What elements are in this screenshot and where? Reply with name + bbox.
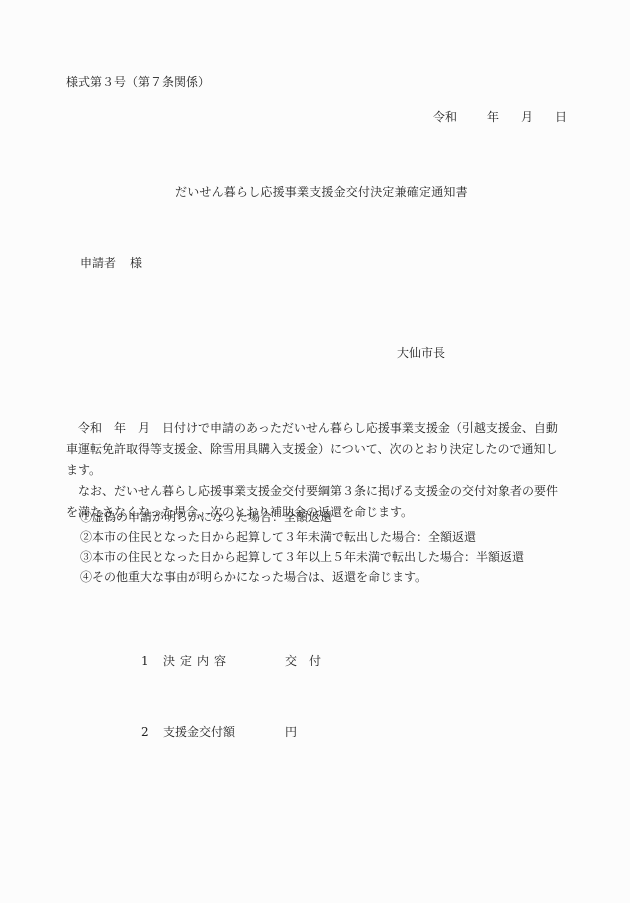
item-label: 支援金交付額 [163,726,285,738]
refund-condition: ③本市の住民となった日から起算して３年以上５年未満で転出した場合：半額返還 [80,547,524,567]
date-month-unit: 月 [521,111,533,123]
document-title: だいせん暮らし応援事業支援金交付決定兼確定通知書 [175,186,468,198]
date-day-unit: 日 [555,111,567,123]
body-paragraph-decision: 令和 年 月 日付けで申請のあっただいせん暮らし応援事業支援金（引越支援金、自動… [66,418,566,481]
addressee-honorific: 様 [130,256,142,270]
addressee-name: 申請者 [80,256,116,270]
amount-item: 2支援金交付額円 [141,726,297,738]
addressee: 申請者様 [80,257,142,269]
item-number: 2 [141,726,163,738]
date-era: 令和 [433,111,457,123]
item-value: 交付 [285,654,333,668]
refund-condition: ④その他重大な事由が明らかになった場合は、返還を命じます。 [80,567,524,587]
issue-date: 令和年月日 [433,111,567,123]
refund-conditions-list: ①虚偽の申請が明らかになった場合：全額返還 ②本市の住民となった日から起算して３… [80,507,524,587]
issuer: 大仙市長 [397,347,445,359]
decision-item: 1決定内容交付 [141,655,333,667]
refund-condition: ②本市の住民となった日から起算して３年未満で転出した場合：全額返還 [80,527,524,547]
form-number: 様式第３号（第７条関係） [66,76,210,88]
date-year-unit: 年 [487,111,499,123]
item-value: 円 [285,725,297,739]
refund-condition: ①虚偽の申請が明らかになった場合：全額返還 [80,507,524,527]
item-label: 決定内容 [163,655,285,667]
item-number: 1 [141,655,163,667]
